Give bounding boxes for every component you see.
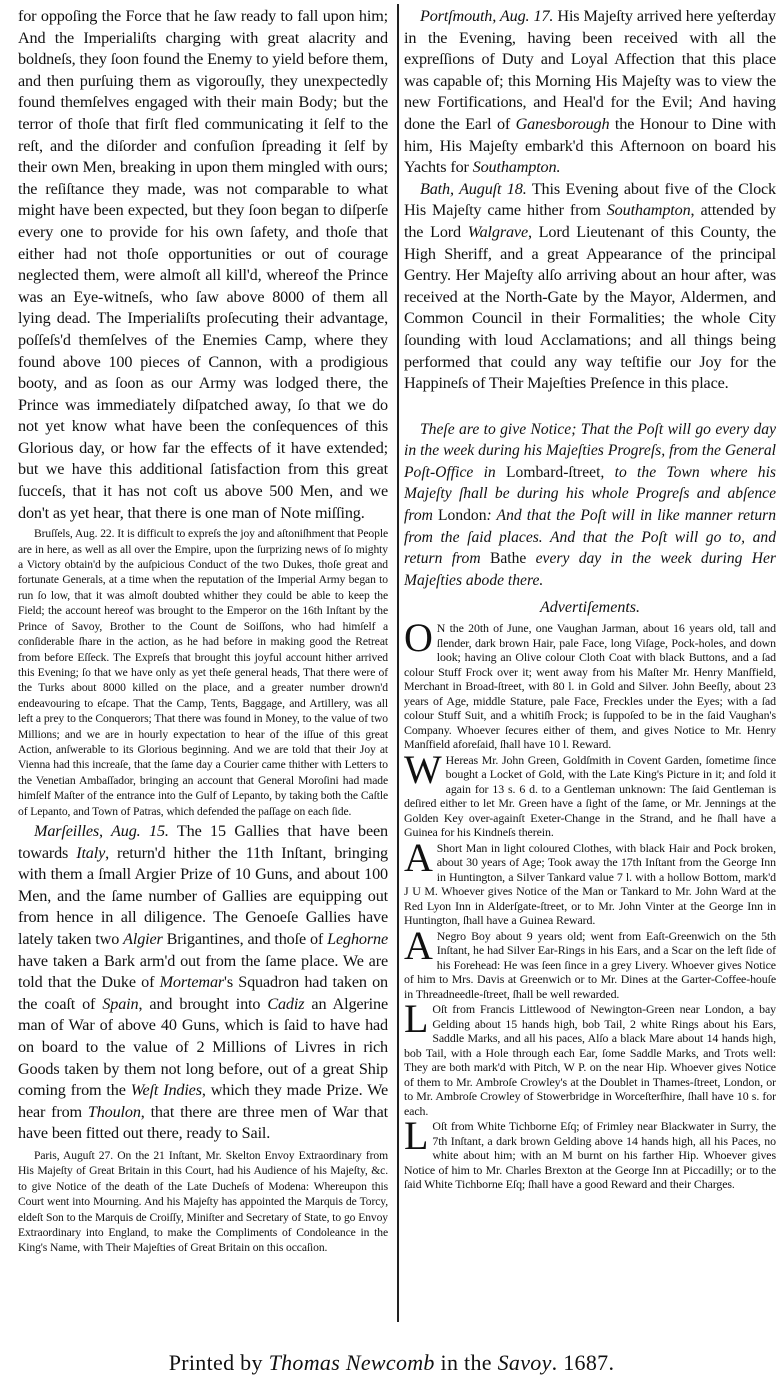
place-spain: Spain	[102, 995, 138, 1013]
imprint-text: Printed by	[169, 1350, 269, 1375]
drop-cap: L	[404, 1004, 428, 1034]
printer-name: Thomas Newcomb	[269, 1350, 435, 1375]
bath-report: Bath, Auguſt 18. This Evening about five…	[404, 179, 776, 395]
place-italy: Italy	[76, 844, 105, 862]
drop-cap: A	[404, 843, 433, 873]
advertisement-text: Short Man in light coloured Clothes, wit…	[404, 841, 776, 928]
portsmouth-dateline: Portſmouth, Aug. 17.	[420, 7, 553, 25]
drop-cap: O	[404, 623, 433, 653]
place-thoulon: Thoulon	[88, 1103, 141, 1121]
brussels-dateline: Bruſſels, Aug. 22.	[34, 527, 114, 540]
paris-text: On the 21 Inſtant, Mr. Skelton Envoy Ext…	[18, 1149, 388, 1254]
newspaper-page: for oppoſing the Force that he ſaw ready…	[0, 0, 783, 1400]
brussels-report: Bruſſels, Aug. 22. It is difficult to ex…	[18, 526, 388, 819]
place-bathe: Bathe	[490, 550, 526, 567]
place-algier: Algier	[123, 930, 163, 948]
advertisement-text: Oſt from Francis Littlewood of Newington…	[404, 1002, 776, 1118]
battle-report-continuation: for oppoſing the Force that he ſaw ready…	[18, 6, 388, 524]
advertisement: WHereas Mr. John Green, Goldſmith in Cov…	[404, 753, 776, 840]
marseilles-text: , and brought into	[138, 995, 267, 1013]
name-ganesborough: Ganesborough	[516, 115, 610, 133]
advertisement-text: Negro Boy about 9 years old; went from E…	[404, 929, 776, 1001]
advertisement: ON the 20th of June, one Vaughan Jarman,…	[404, 621, 776, 752]
marseilles-text: Brigantines, and thoſe of	[163, 930, 327, 948]
advertisement: LOſt from White Tichborne Eſq; of Frimle…	[404, 1119, 776, 1192]
place-southampton: Southampton.	[473, 158, 561, 176]
bath-dateline: Bath, Auguſt 18.	[420, 180, 527, 198]
place-lombard-street: Lombard-ſtreet	[506, 464, 600, 481]
marseilles-report: Marſeilles, Aug. 15. The 15 Gallies that…	[18, 821, 388, 1145]
advertisement: LOſt from Francis Littlewood of Newingto…	[404, 1002, 776, 1118]
name-mortemar: Mortemar	[160, 973, 224, 991]
advertisement-text: Oſt from White Tichborne Eſq; of Frimley…	[404, 1119, 776, 1191]
paris-dateline: Paris, Auguſt 27.	[34, 1149, 113, 1162]
drop-cap: W	[404, 755, 442, 785]
advertisement-text: N the 20th of June, one Vaughan Jarman, …	[404, 621, 776, 751]
advertisement: AShort Man in light coloured Clothes, wi…	[404, 841, 776, 928]
paris-report: Paris, Auguſt 27. On the 21 Inſtant, Mr.…	[18, 1148, 388, 1256]
drop-cap: A	[404, 931, 433, 961]
advertisement: ANegro Boy about 9 years old; went from …	[404, 929, 776, 1002]
printer-imprint: Printed by Thomas Newcomb in the Savoy. …	[0, 1350, 783, 1376]
name-walgrave: Walgrave	[468, 223, 528, 241]
portsmouth-report: Portſmouth, Aug. 17. His Majeſty arrived…	[404, 6, 776, 179]
place-southampton: Southampton	[607, 201, 691, 219]
left-column: for oppoſing the Force that he ſaw ready…	[18, 6, 388, 1256]
right-column: Portſmouth, Aug. 17. His Majeſty arrived…	[404, 6, 776, 1192]
post-notice: Theſe are to give Notice; That the Poſt …	[404, 419, 776, 592]
marseilles-dateline: Marſeilles, Aug. 15.	[34, 822, 169, 840]
brussels-text: It is difficult to expreſs the joy and a…	[18, 527, 388, 817]
place-leghorne: Leghorne	[327, 930, 388, 948]
imprint-text: in the	[435, 1350, 498, 1375]
place-west-indies: Weſt Indies	[131, 1081, 202, 1099]
column-divider	[397, 4, 399, 1322]
place-cadiz: Cadiz	[267, 995, 304, 1013]
advertisements-heading: Advertiſements.	[404, 599, 776, 617]
drop-cap: L	[404, 1121, 428, 1151]
bath-text: , Lord Lieutenant of this County, the Hi…	[404, 223, 776, 392]
imprint-year: . 1687.	[552, 1350, 615, 1375]
imprint-place: Savoy	[498, 1350, 552, 1375]
advertisement-text: Hereas Mr. John Green, Goldſmith in Cove…	[404, 753, 776, 840]
place-london: London	[438, 507, 487, 524]
